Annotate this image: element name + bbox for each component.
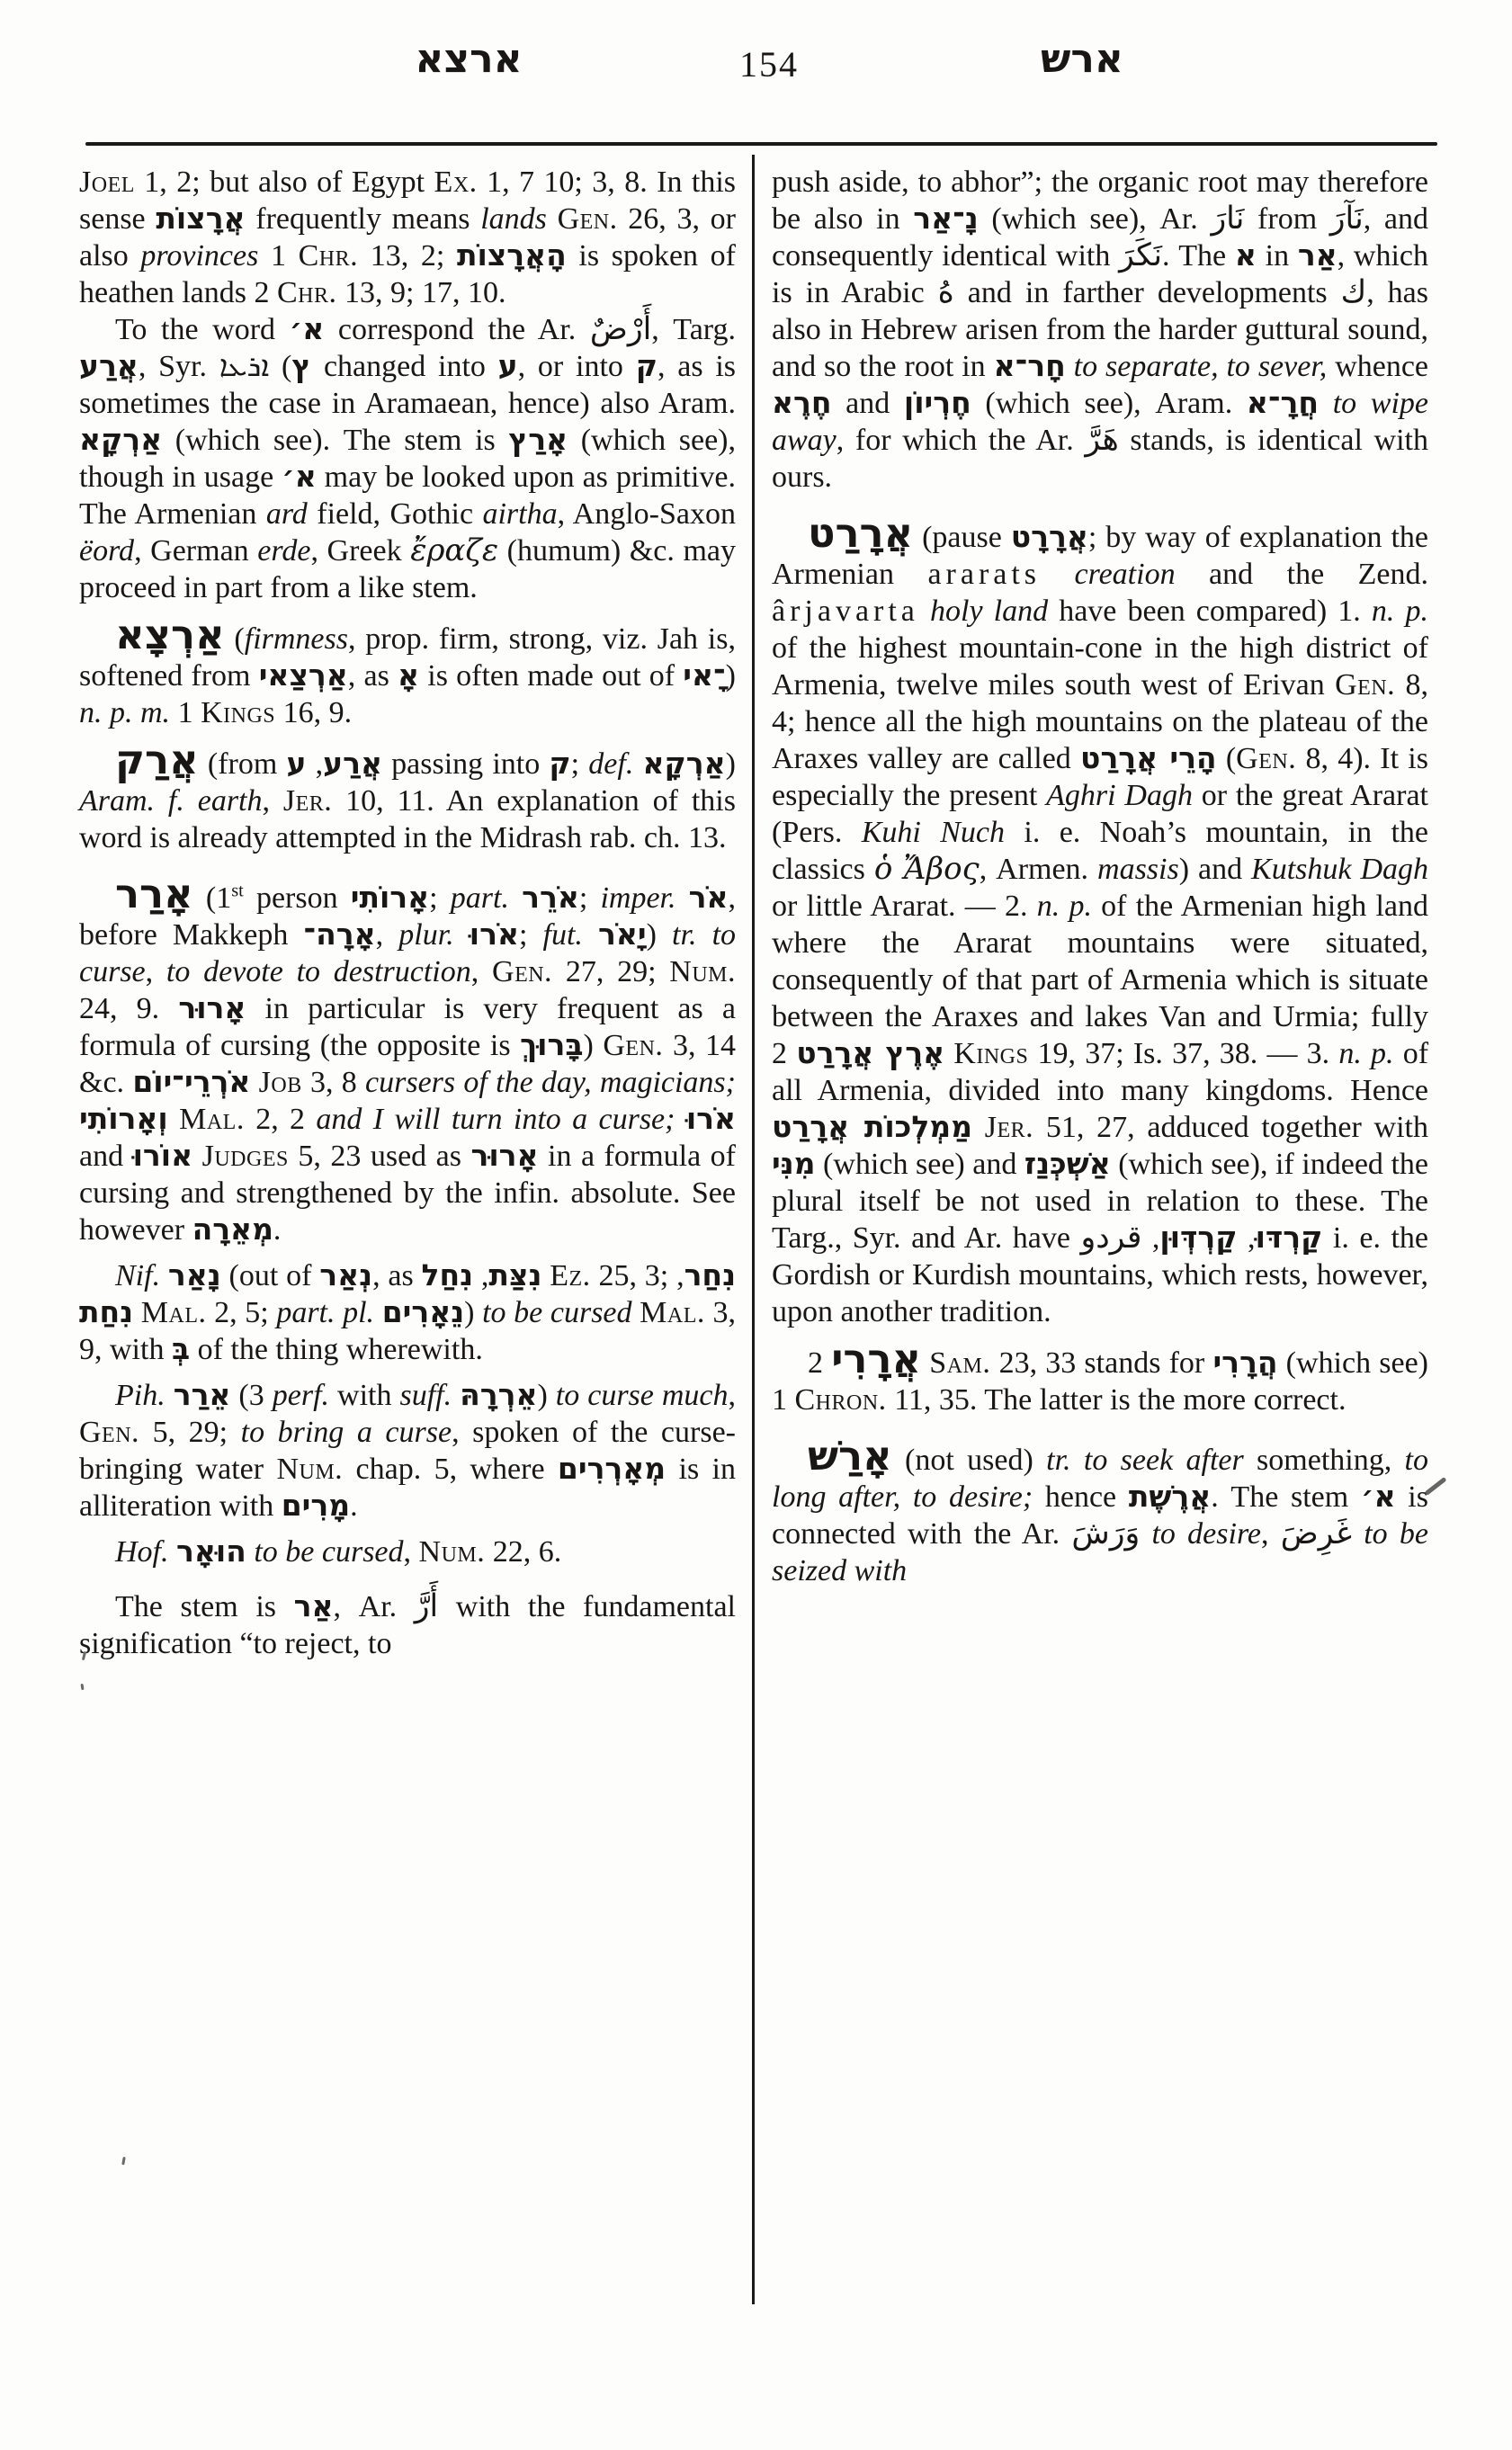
- header-rule: [85, 142, 1437, 146]
- pihel-paragraph: Pih. אֵרַר (3 perf. with suff. אֵרְרָהּ)…: [79, 1377, 736, 1525]
- right-column: push aside, to abhor”; the organic root …: [772, 164, 1428, 1589]
- entry-artsa: אַרְצָא (firmness, prop. firm, strong, v…: [79, 615, 736, 731]
- ink-speck: [121, 2157, 126, 2165]
- entry-arar: אָרַר (1st person אָרוֹתִי; part. אֹרֵר;…: [79, 874, 736, 1248]
- ink-speck: [81, 1684, 85, 1690]
- header-word-right: ארש: [1006, 40, 1159, 79]
- entry-araq: אֲרַק (from אֲרַע, ע passing into ק; def…: [79, 740, 736, 856]
- entry-arari: אֲרָרִי 2 Sam. 23, 33 stands for הֲרָרִי…: [772, 1339, 1428, 1418]
- left-column: Joel 1, 2; but also of Egypt Ex. 1, 7 10…: [79, 164, 736, 1662]
- page-number: 154: [709, 47, 829, 83]
- nifal-paragraph: Nif. נָאַר (out of נְאַר, as נִצַּת, נִח…: [79, 1257, 736, 1368]
- header-word-left: ארצא: [392, 40, 545, 79]
- lexicon-page: ארצא 154 ארש Joel 1, 2; but also of Egyp…: [0, 0, 1512, 2450]
- entry-ararat: אֲרָרַט (pause אֲרָרָט; by way of explan…: [772, 514, 1428, 1330]
- stem-comparison-erets: To the word א׳ correspond the Ar. أَرْضٌ…: [79, 311, 736, 606]
- continuation-stem-note: push aside, to abhor”; the organic root …: [772, 164, 1428, 496]
- hofal-paragraph: Hof. הוּאָר to be cursed, Num. 22, 6.: [79, 1533, 736, 1570]
- continuation-erets: Joel 1, 2; but also of Egypt Ex. 1, 7 10…: [79, 164, 736, 311]
- entry-arash: אָרַשׁ (not used) tr. to seek after some…: [772, 1436, 1428, 1589]
- stem-note-arar: The stem is אַר, Ar. أَرَّ with the fund…: [79, 1588, 736, 1662]
- column-divider: [752, 155, 755, 2304]
